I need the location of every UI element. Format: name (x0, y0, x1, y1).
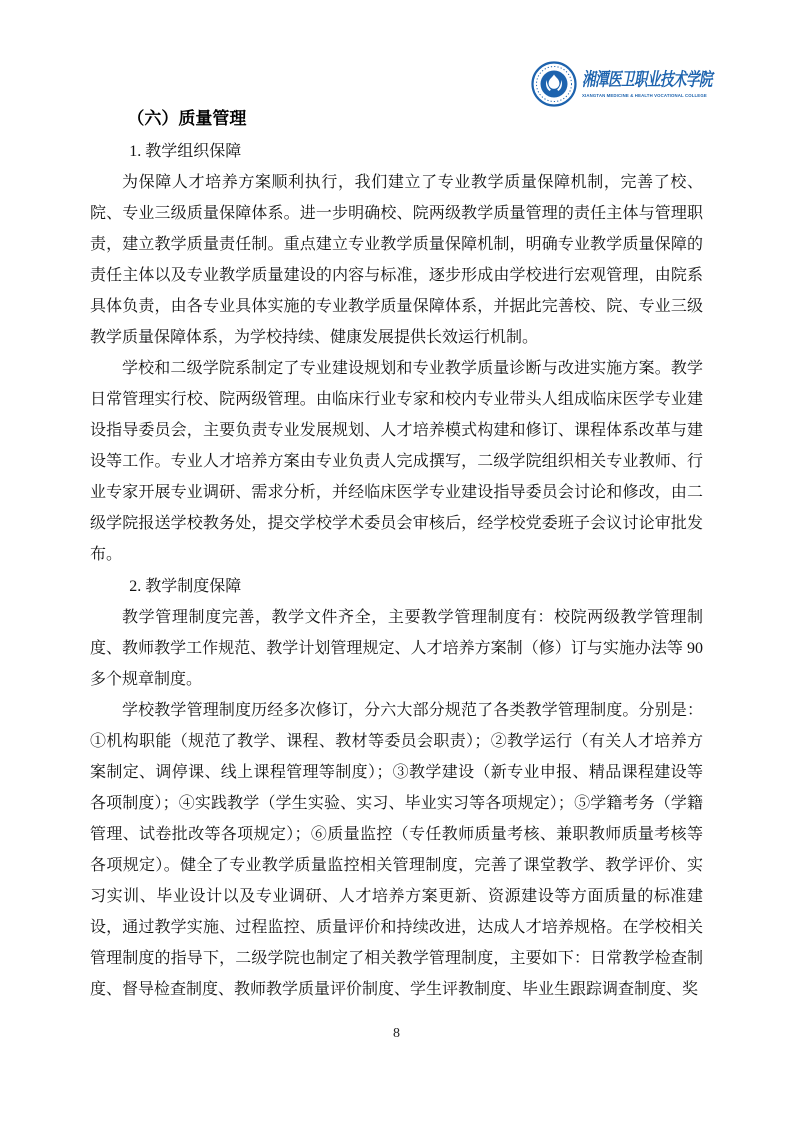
page-number: 8 (0, 1026, 793, 1042)
document-content: （六）质量管理 1. 教学组织保障 为保障人才培养方案顺利执行，我们建立了专业教… (90, 103, 703, 1005)
college-seal-icon (531, 61, 577, 107)
subsection-title-2: 2. 教学制度保障 (90, 571, 703, 602)
logo-names: 湘潭医卫职业技术学院 XIANGTAN MEDICINE & HEALTH VO… (582, 70, 712, 98)
document-page: 湘潭医卫职业技术学院 XIANGTAN MEDICINE & HEALTH VO… (0, 0, 793, 1122)
body-paragraph: 教学管理制度完善，教学文件齐全，主要教学管理制度有：校院两级教学管理制度、教师教… (90, 602, 703, 695)
college-logo: 湘潭医卫职业技术学院 XIANGTAN MEDICINE & HEALTH VO… (531, 61, 712, 107)
section-heading: （六）质量管理 (90, 103, 703, 134)
body-paragraph: 为保障人才培养方案顺利执行，我们建立了专业教学质量保障机制，完善了校、院、专业三… (90, 167, 703, 353)
subsection-title-1: 1. 教学组织保障 (90, 136, 703, 167)
logo-name-en: XIANGTAN MEDICINE & HEALTH VOCATIONAL CO… (582, 93, 712, 98)
body-paragraph: 学校和二级学院系制定了专业建设规划和专业教学质量诊断与改进实施方案。教学日常管理… (90, 353, 703, 570)
logo-name-zh: 湘潭医卫职业技术学院 (582, 66, 712, 93)
body-paragraph: 学校教学管理制度历经多次修订，分六大部分规范了各类教学管理制度。分别是：①机构职… (90, 695, 703, 1005)
